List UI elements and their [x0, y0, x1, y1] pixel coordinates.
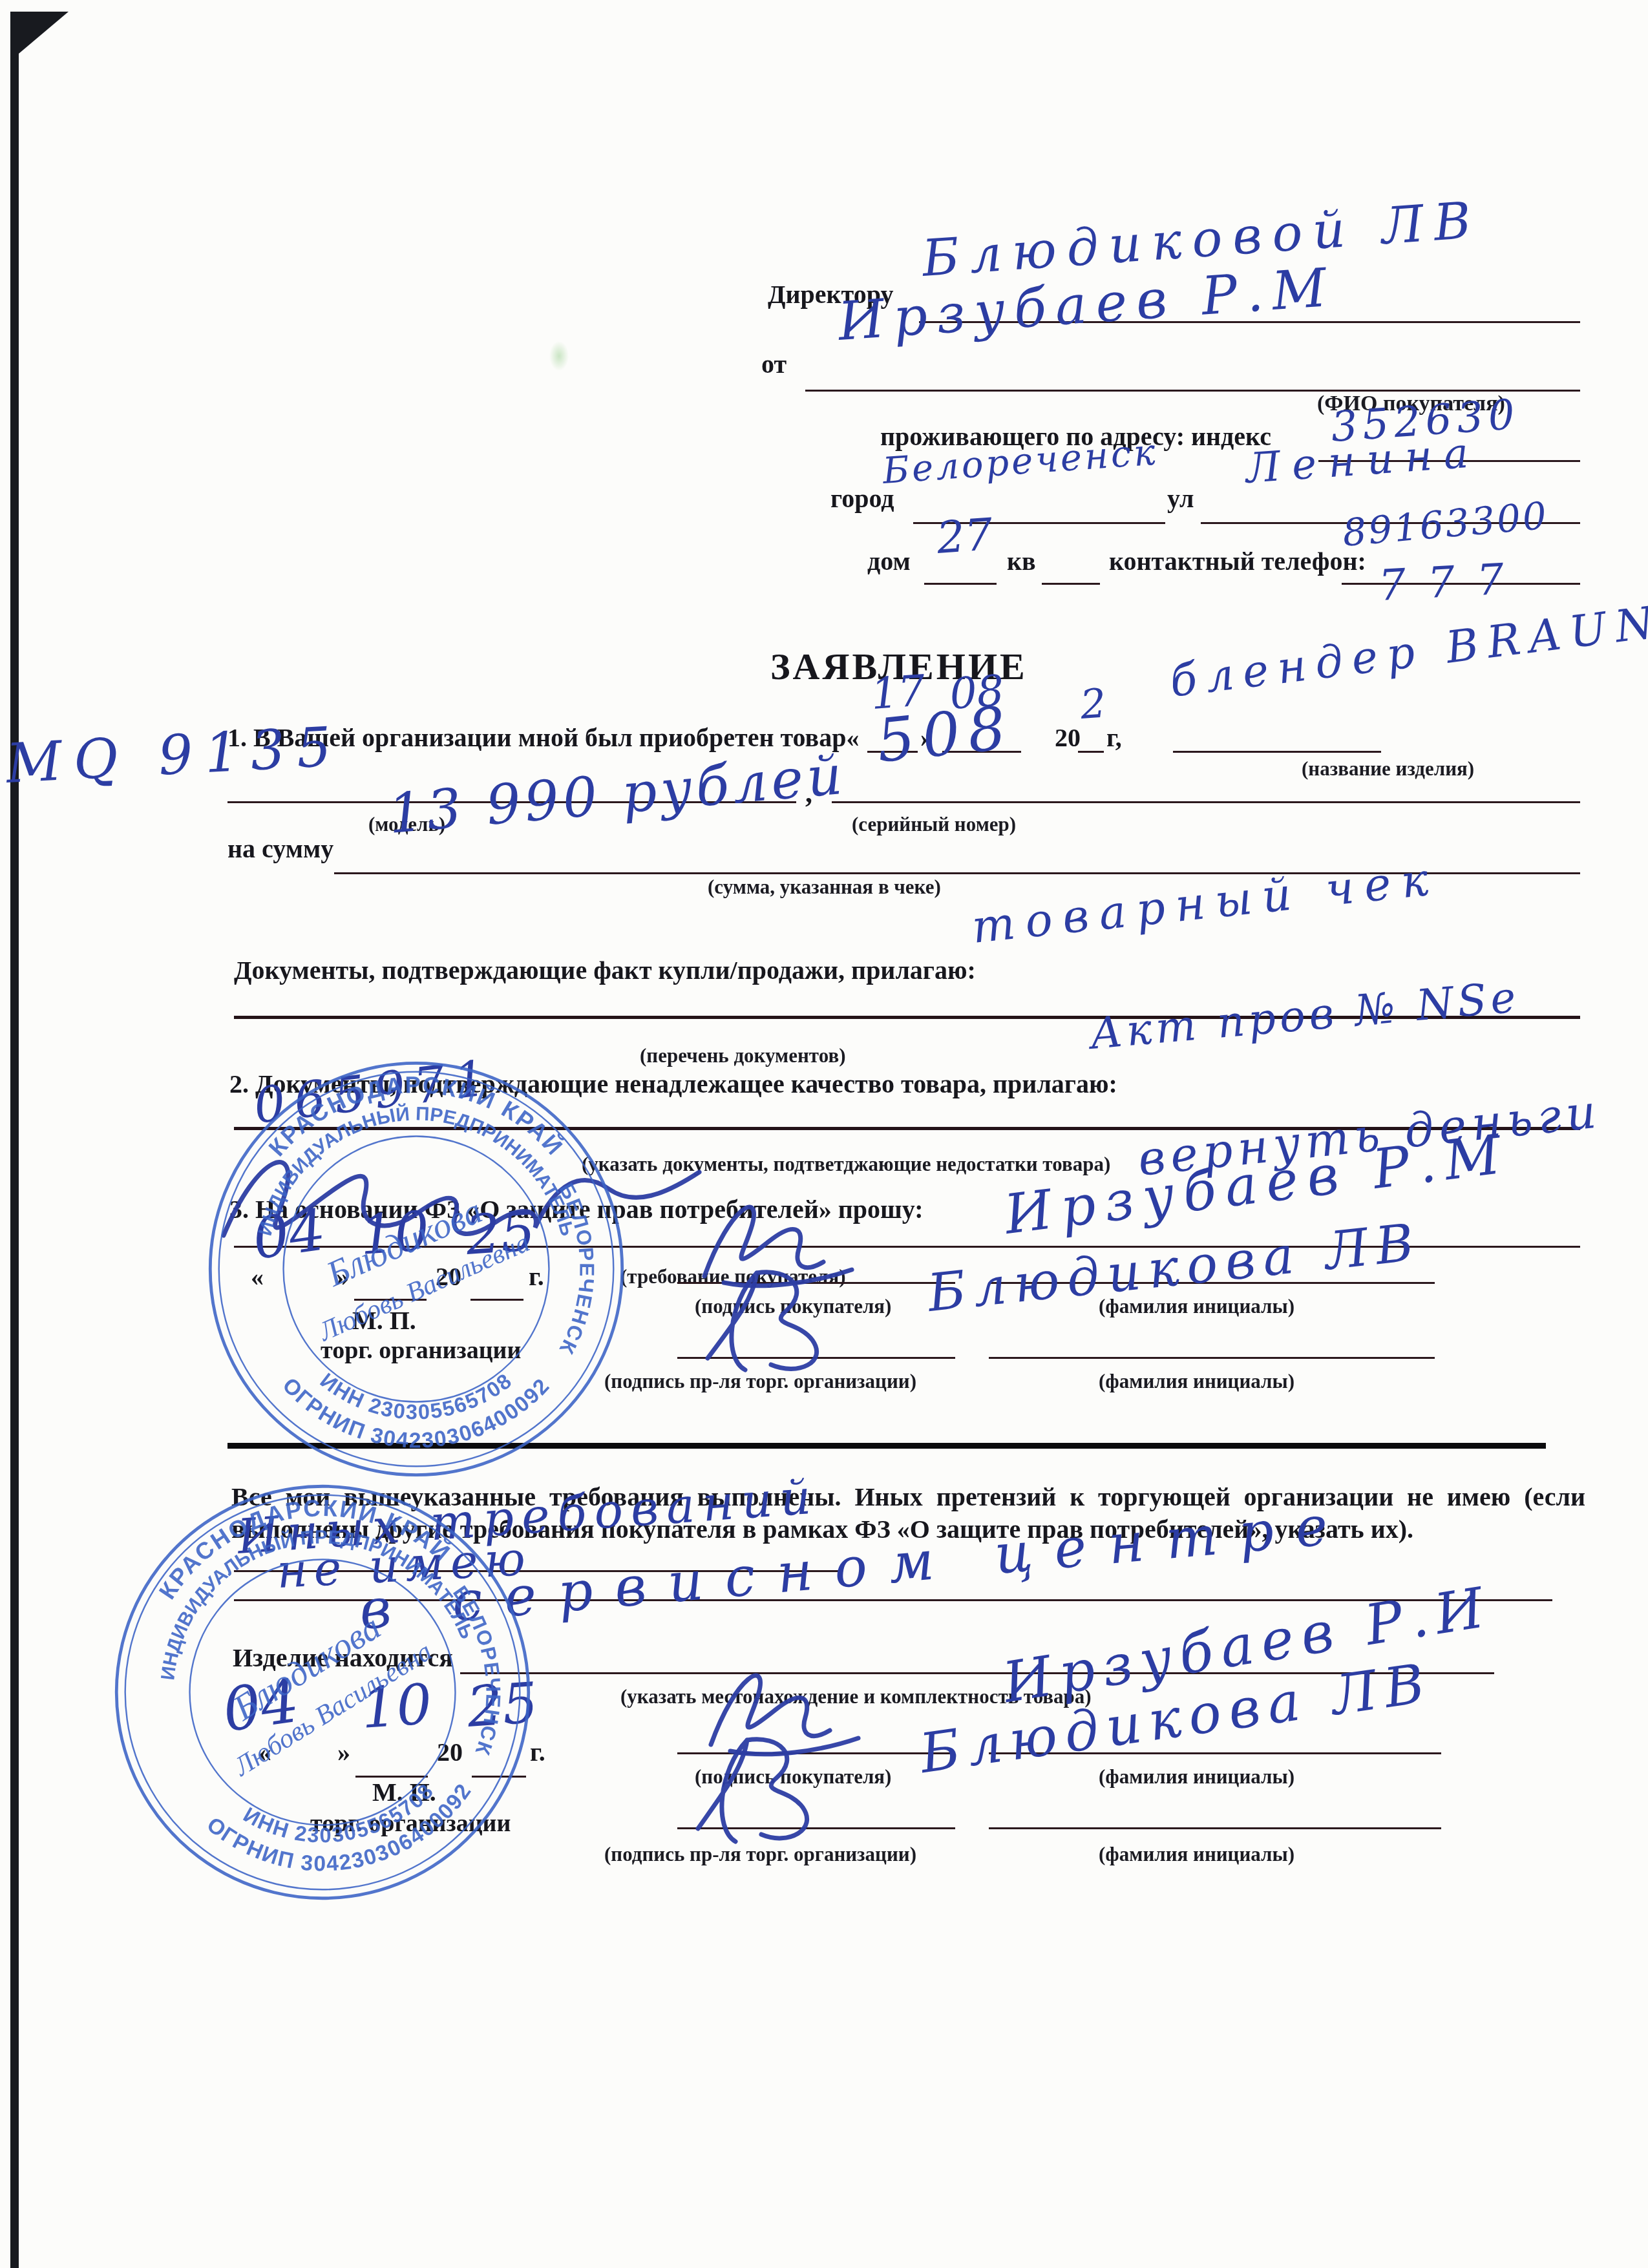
- buyer-name-handwriting: Ирзубаев Р.М: [836, 261, 1337, 349]
- purchase-docs-label: Документы, подтверждающие факт купли/про…: [234, 955, 976, 985]
- seller-signature-caption-2: (подпись пр-ля торг. организации): [604, 1843, 916, 1866]
- phone-continuation-handwriting: 777: [1378, 557, 1527, 607]
- house-line: [924, 583, 997, 585]
- house-number-handwriting: 27: [935, 513, 994, 561]
- purchase-year-handwriting: 2: [1079, 683, 1108, 725]
- buyer-name-caption-2: (фамилия инициалы): [1099, 1765, 1294, 1789]
- from-label: от: [761, 349, 787, 379]
- seller-name-caption: (фамилия инициалы): [1099, 1370, 1294, 1393]
- defect-docs-handwriting-1: Акт пров № NSе: [1088, 976, 1521, 1056]
- year-line: [1078, 751, 1104, 753]
- scan-left-edge-artifact: [10, 12, 19, 2268]
- item-name-line: [1173, 751, 1381, 753]
- serial-line: [832, 801, 1580, 803]
- phone-handwriting: 89163300: [1341, 496, 1550, 552]
- item-name-handwriting: блендер BRAUN: [1168, 600, 1648, 704]
- model-handwriting: MQ 9135: [5, 719, 344, 791]
- phone-label: контактный телефон:: [1109, 546, 1366, 576]
- street-handwriting: Ленина: [1245, 432, 1482, 490]
- seller-name-line-2: [989, 1827, 1441, 1829]
- svg-text:БЕЛОРЕЧЕНСК: БЕЛОРЕЧЕНСК: [447, 1578, 516, 1761]
- serial-number-handwriting: 508: [874, 698, 1016, 772]
- seller-signature-scribble: [695, 1261, 863, 1374]
- seller-signature-scribble-2: [685, 1728, 853, 1848]
- purchase-docs-handwriting: товарный чек: [970, 856, 1441, 950]
- sum-label: на сумму: [227, 834, 333, 864]
- sum-caption: (сумма, указанная в чеке): [708, 876, 941, 899]
- year-suffix: г,: [1106, 722, 1122, 753]
- apartment-label: кв: [1007, 546, 1036, 576]
- year-printed: 20: [1055, 722, 1081, 753]
- street-label: ул: [1167, 483, 1194, 514]
- house-label: дом: [867, 546, 911, 576]
- serial-caption: (серийный номер): [852, 813, 1016, 836]
- stamp2-city-arc: БЕЛОРЕЧЕНСК: [447, 1578, 516, 1761]
- apartment-line: [1042, 583, 1100, 585]
- sum-handwriting: 13 990 рублей: [386, 747, 848, 841]
- seller-name-caption-2: (фамилия инициалы): [1099, 1843, 1294, 1866]
- scan-smudge: [549, 341, 569, 371]
- item-name-caption: (название изделия): [1302, 757, 1474, 781]
- seller-name-line: [989, 1357, 1435, 1359]
- scanned-claim-form-page: Директору Блюдиковой ЛВ от Ирзубаев Р.М …: [0, 0, 1648, 2268]
- round-stamp-2: КРАСНОДАРСКИЙ КРАЙ ИНДИВИДУАЛЬНЫЙ ПРЕДПР…: [78, 1447, 568, 1938]
- purchase-docs-caption: (перечень документов): [640, 1044, 845, 1067]
- round-stamp-1: КРАСНОДАРСКИЙ КРАЙ ИНДИВИДУАЛЬНЫЙ ПРЕДПР…: [199, 1052, 633, 1486]
- seller-signature-caption: (подпись пр-ля торг. организации): [604, 1370, 916, 1393]
- scan-corner-artifact: [10, 12, 69, 61]
